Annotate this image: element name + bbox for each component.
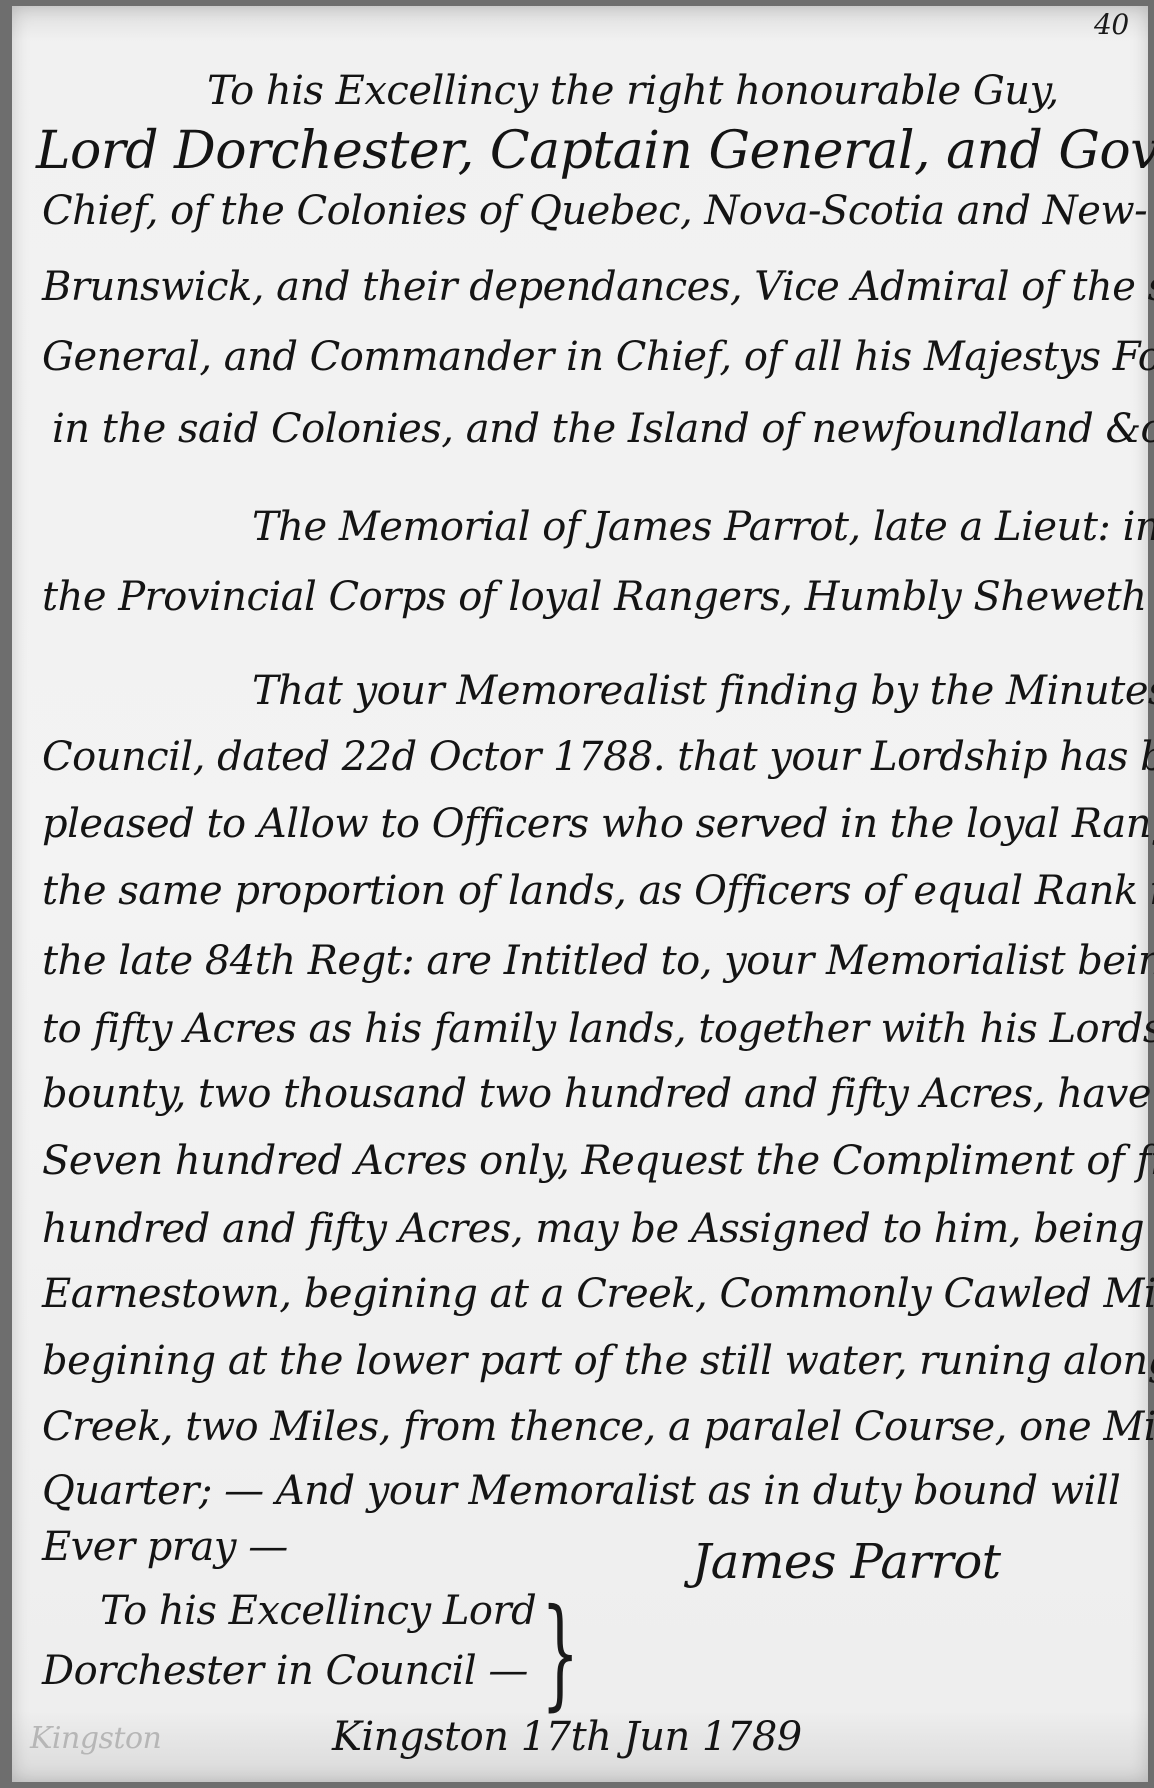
endorsement-line: Dorchester in Council — bbox=[42, 1648, 528, 1694]
intro-line: the Provincial Corps of loyal Rangers, H… bbox=[42, 574, 1147, 620]
brace-mark: } bbox=[541, 1584, 579, 1723]
body-line: the same proportion of lands, as Officer… bbox=[42, 868, 1154, 914]
body-line: Creek, two Miles, from thence, a paralel… bbox=[42, 1404, 1154, 1450]
endorsement-line: To his Excellincy Lord bbox=[100, 1588, 536, 1634]
body-line: Seven hundred Acres only, Request the Co… bbox=[42, 1138, 1154, 1184]
marginal-note: Kingston bbox=[30, 1721, 161, 1756]
body-line: bounty, two thousand two hundred and fif… bbox=[42, 1071, 1154, 1117]
body-line: Quarter; — And your Memoralist as in dut… bbox=[42, 1468, 1120, 1514]
address-line: Lord Dorchester, Captain General, and Go… bbox=[36, 121, 1154, 181]
place-date: Kingston 17th Jun 1789 bbox=[332, 1714, 802, 1760]
page-number: 40 bbox=[1094, 8, 1129, 41]
body-line: hundred and fifty Acres, may be Assigned… bbox=[42, 1206, 1154, 1252]
address-line: in the said Colonies, and the Island of … bbox=[52, 406, 1154, 452]
address-line: General, and Commander in Chief, of all … bbox=[42, 334, 1154, 380]
body-line: Ever pray — bbox=[42, 1524, 288, 1570]
body-line: That your Memorealist finding by the Min… bbox=[252, 668, 1154, 714]
address-line: To his Excellincy the right honourable G… bbox=[207, 68, 1059, 114]
intro-line: The Memorial of James Parrot, late a Lie… bbox=[252, 504, 1154, 550]
signature: James Parrot bbox=[692, 1534, 1001, 1590]
body-line: the late 84th Regt: are Intitled to, you… bbox=[42, 938, 1154, 984]
body-line: Earnestown, begining at a Creek, Commonl… bbox=[42, 1271, 1154, 1317]
body-line: Council, dated 22d Octor 1788. that your… bbox=[42, 734, 1154, 780]
address-line: Brunswick, and their dependances, Vice A… bbox=[42, 264, 1154, 310]
body-line: begining at the lower part of the still … bbox=[42, 1338, 1154, 1384]
body-line: pleased to Allow to Officers who served … bbox=[42, 801, 1154, 847]
address-line: Chief, of the Colonies of Quebec, Nova-S… bbox=[42, 188, 1147, 234]
body-line: to fifty Acres as his family lands, toge… bbox=[42, 1006, 1154, 1052]
manuscript-page: 40 To his Excellincy the right honourabl… bbox=[12, 6, 1148, 1782]
